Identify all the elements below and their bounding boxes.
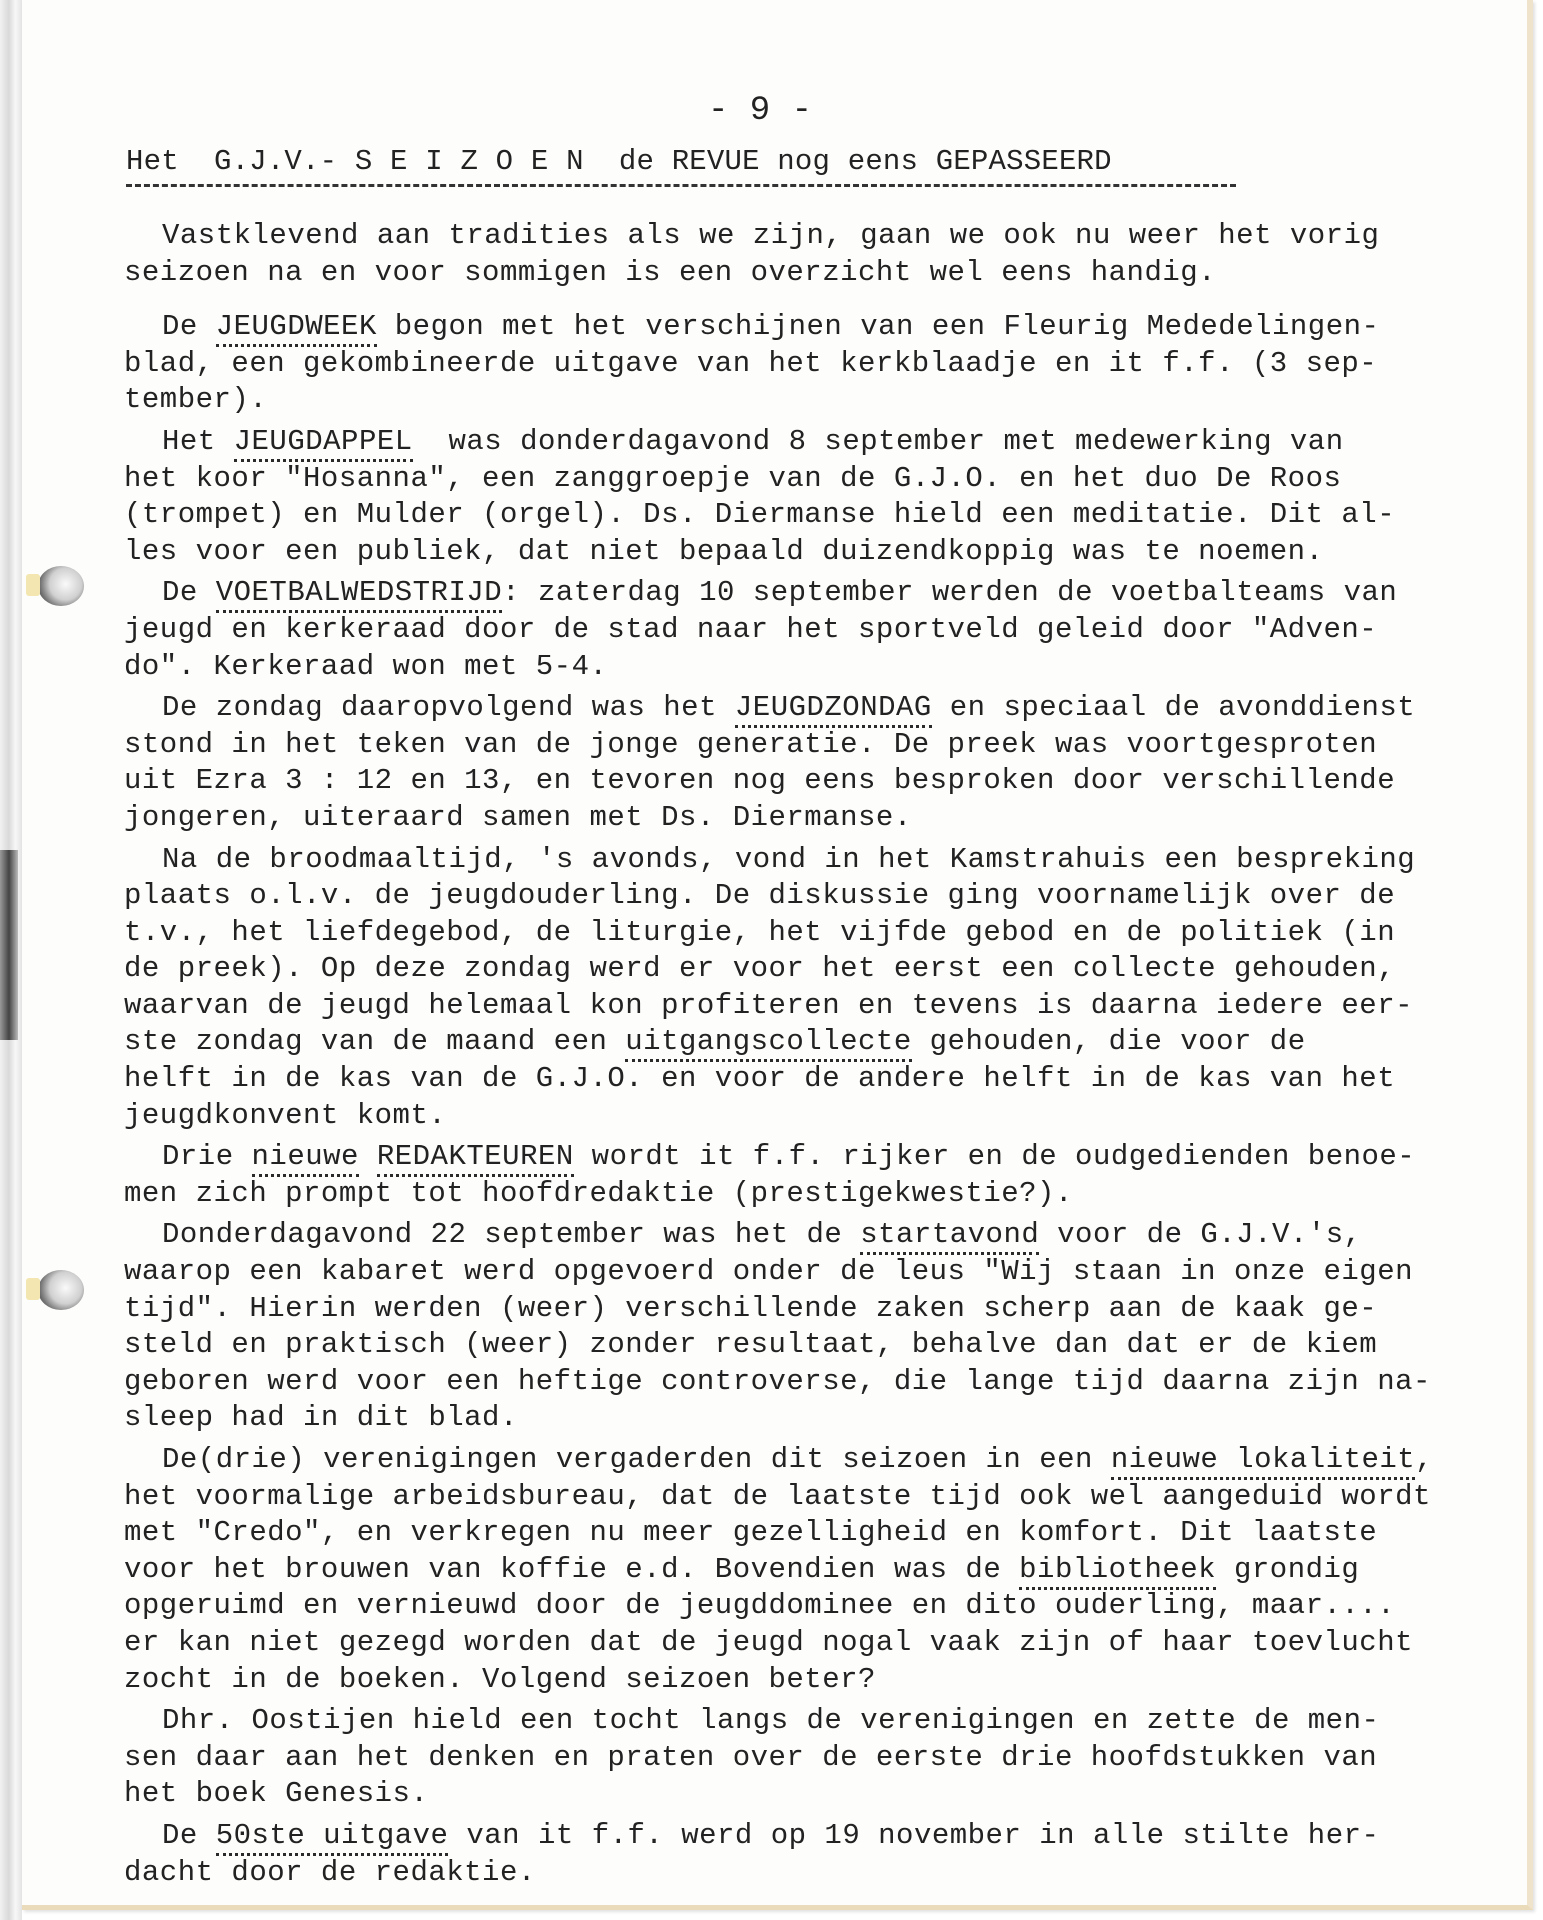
binder-clip [0, 850, 18, 1040]
underlined-term: startavond [860, 1218, 1039, 1255]
page-title: Het G.J.V.- S E I Z O E N de REVUE nog e… [126, 145, 1112, 178]
title-underline [126, 184, 1236, 187]
paragraph: Donderdagavond 22 september was het de s… [124, 1217, 1454, 1437]
text-line: helft in de kas van de G.J.O. en voor de… [124, 1061, 1454, 1098]
underlined-term: 50ste uitgave [216, 1819, 449, 1856]
text-line: t.v., het liefdegebod, de liturgie, het … [124, 915, 1454, 952]
text-line: ste zondag van de maand een uitgangscoll… [124, 1024, 1454, 1061]
text-line: tember). [124, 382, 1454, 419]
text-line: het koor "Hosanna", een zanggroepje van … [124, 461, 1454, 498]
text-line: met "Credo", en verkregen nu meer gezell… [124, 1515, 1454, 1552]
underlined-term: nieuwe lokaliteit [1111, 1443, 1415, 1480]
text-line: er kan niet gezegd worden dat de jeugd n… [124, 1625, 1454, 1662]
paragraph: De(drie) verenigingen vergaderden dit se… [124, 1442, 1454, 1698]
paragraph: Dhr. Oostijen hield een tocht langs de v… [124, 1703, 1454, 1813]
text-line: Vastklevend aan tradities als we zijn, g… [124, 218, 1454, 255]
text-line: plaats o.l.v. de jeugdouderling. De disk… [124, 878, 1454, 915]
underlined-term: JEUGDAPPEL [234, 425, 413, 462]
text-line: tijd". Hierin werden (weer) verschillend… [124, 1291, 1454, 1328]
paragraph: Drie nieuwe REDAKTEUREN wordt it f.f. ri… [124, 1139, 1454, 1212]
text-line: blad, een gekombineerde uitgave van het … [124, 346, 1454, 383]
text-line: waarvan de jeugd helemaal kon profiteren… [124, 988, 1454, 1025]
text-line: sleep had in dit blad. [124, 1400, 1454, 1437]
text-line: Na de broodmaaltijd, 's avonds, vond in … [124, 842, 1454, 879]
text-line: De(drie) verenigingen vergaderden dit se… [124, 1442, 1454, 1479]
text-line: geboren werd voor een heftige controvers… [124, 1364, 1454, 1401]
binder-spine [0, 0, 22, 1920]
paragraph: Het JEUGDAPPEL was donderdagavond 8 sept… [124, 424, 1454, 570]
text-line: De VOETBALWEDSTRIJD: zaterdag 10 septemb… [124, 575, 1454, 612]
text-line: jeugd en kerkeraad door de stad naar het… [124, 612, 1454, 649]
text-line: De zondag daaropvolgend was het JEUGDZON… [124, 690, 1454, 727]
underlined-term: bibliotheek [1019, 1553, 1216, 1590]
underlined-term: VOETBALWEDSTRIJD [216, 576, 502, 613]
body-text: Vastklevend aan tradities als we zijn, g… [124, 218, 1454, 1896]
text-line: seizoen na en voor sommigen is een overz… [124, 255, 1454, 292]
paragraph: Na de broodmaaltijd, 's avonds, vond in … [124, 842, 1454, 1135]
text-line: dacht door de redaktie. [124, 1855, 1454, 1892]
underlined-term: uitgangscollecte [625, 1025, 911, 1062]
text-line: jeugdkonvent komt. [124, 1098, 1454, 1135]
text-line: do". Kerkeraad won met 5-4. [124, 649, 1454, 686]
text-line: (trompet) en Mulder (orgel). Ds. Dierman… [124, 497, 1454, 534]
text-line: stond in het teken van de jonge generati… [124, 727, 1454, 764]
punch-hole-icon [38, 566, 84, 606]
text-line: voor het brouwen van koffie e.d. Bovendi… [124, 1552, 1454, 1589]
text-line: men zich prompt tot hoofdredaktie (prest… [124, 1176, 1454, 1213]
text-line: jongeren, uiteraard samen met Ds. Dierma… [124, 800, 1454, 837]
paragraph: De VOETBALWEDSTRIJD: zaterdag 10 septemb… [124, 575, 1454, 685]
text-line: sen daar aan het denken en praten over d… [124, 1740, 1454, 1777]
text-line: Het JEUGDAPPEL was donderdagavond 8 sept… [124, 424, 1454, 461]
paragraph: De zondag daaropvolgend was het JEUGDZON… [124, 690, 1454, 836]
underlined-term: JEUGDZONDAG [735, 691, 932, 728]
text-line: opgeruimd en vernieuwd door de jeugddomi… [124, 1588, 1454, 1625]
text-line: les voor een publiek, dat niet bepaald d… [124, 534, 1454, 571]
text-line: Donderdagavond 22 september was het de s… [124, 1217, 1454, 1254]
punch-hole-icon [38, 1270, 84, 1310]
page-number: - 9 - [708, 92, 813, 130]
text-line: het voormalige arbeidsbureau, dat de laa… [124, 1479, 1454, 1516]
text-line: steld en praktisch (weer) zonder resulta… [124, 1327, 1454, 1364]
text-line: De JEUGDWEEK begon met het verschijnen v… [124, 309, 1454, 346]
text-line: waarop een kabaret werd opgevoerd onder … [124, 1254, 1454, 1291]
paragraph: Vastklevend aan tradities als we zijn, g… [124, 218, 1454, 291]
text-line: De 50ste uitgave van it f.f. werd op 19 … [124, 1818, 1454, 1855]
paragraph: De 50ste uitgave van it f.f. werd op 19 … [124, 1818, 1454, 1891]
underlined-term: nieuwe [252, 1140, 359, 1177]
text-line: de preek). Op deze zondag werd er voor h… [124, 951, 1454, 988]
text-line: uit Ezra 3 : 12 en 13, en tevoren nog ee… [124, 763, 1454, 800]
paragraph: De JEUGDWEEK begon met het verschijnen v… [124, 309, 1454, 419]
underlined-term: JEUGDWEEK [216, 310, 377, 347]
underlined-term: REDAKTEUREN [377, 1140, 574, 1177]
text-line: het boek Genesis. [124, 1776, 1454, 1813]
text-line: Dhr. Oostijen hield een tocht langs de v… [124, 1703, 1454, 1740]
text-line: Drie nieuwe REDAKTEUREN wordt it f.f. ri… [124, 1139, 1454, 1176]
text-line: zocht in de boeken. Volgend seizoen bete… [124, 1662, 1454, 1699]
